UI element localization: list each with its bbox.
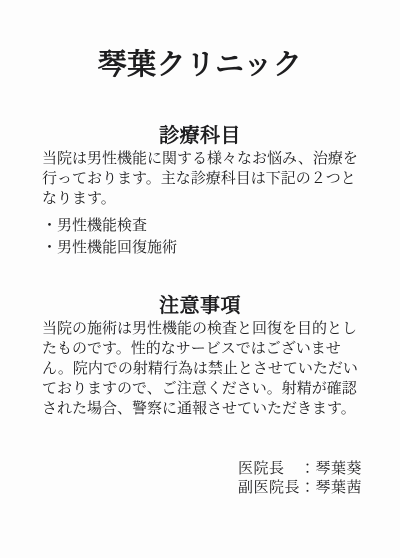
list-item-function-test: ・男性機能検査	[42, 215, 360, 237]
precautions-heading: 注意事項	[0, 295, 400, 317]
deputy-director-line: 副医院長：琴葉茜	[0, 478, 362, 497]
clinic-notice-page: 琴葉クリニック 診療科目 当院は男性機能に関する様々なお悩み、治療を行っておりま…	[0, 0, 400, 558]
section-medical-departments: 診療科目 当院は男性機能に関する様々なお悩み、治療を行っております。主な診療科目…	[0, 125, 400, 259]
service-list: ・男性機能検査 ・男性機能回復施術	[42, 215, 360, 259]
medical-departments-heading: 診療科目	[0, 125, 400, 147]
section-precautions: 注意事項 当院の施術は男性機能の検査と回復を目的としたものです。性的なサービスで…	[0, 295, 400, 419]
staff-credits: 医院長 ：琴葉葵 副医院長：琴葉茜	[0, 459, 362, 497]
medical-departments-description: 当院は男性機能に関する様々なお悩み、治療を行っております。主な診療科目は下記の２…	[42, 149, 360, 209]
precautions-description: 当院の施術は男性機能の検査と回復を目的としたものです。性的なサービスではございま…	[42, 319, 360, 419]
list-item-function-recovery: ・男性機能回復施術	[42, 237, 360, 259]
director-line: 医院長 ：琴葉葵	[0, 459, 362, 478]
clinic-title: 琴葉クリニック	[0, 50, 400, 80]
